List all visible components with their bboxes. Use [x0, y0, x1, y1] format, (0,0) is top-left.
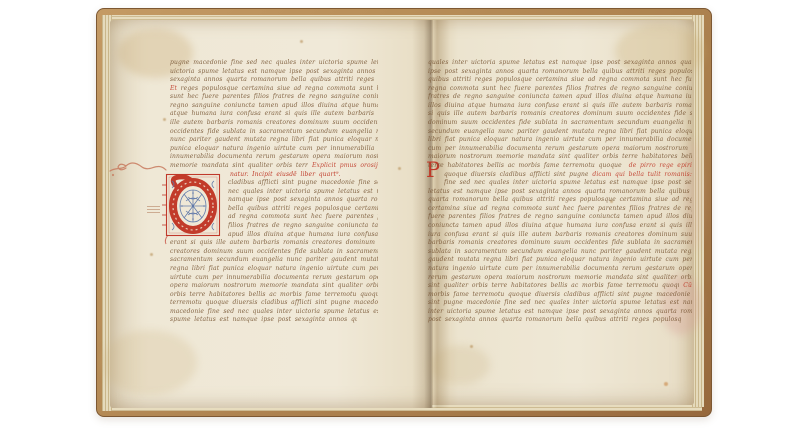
script-text: natura ingenio uirtute cum per innumerab… [428, 265, 692, 272]
rubric-incipit-line: natur. Incipit eiusdē liber quart⁹. [230, 171, 378, 179]
foxing-dot [300, 40, 303, 43]
script-text: sunt hec fuere parentes filios fratres d… [170, 93, 378, 100]
script-text: bella quibus attriti reges populosque ce… [228, 205, 378, 212]
script-text: memorie mandata sint qualiter orbis terr… [170, 162, 308, 170]
script-text: regno sanguine coniuncta tamen apud illo… [170, 102, 378, 109]
script-text: namque ipse post sexaginta annos quarta … [228, 196, 378, 203]
script-line: cum per innumerabilia documenta rerum ge… [428, 145, 692, 153]
script-line: terre habitatores bellis ac morbis fame … [428, 162, 692, 170]
script-line: uictoria spume letatus est namque ipse p… [170, 68, 378, 76]
script-line: fuere parentes filios fratres de regno s… [428, 213, 692, 221]
script-text: libri fiat punica eloquar natura ingenio… [428, 136, 692, 143]
script-line: nec quales inter uictoria spume letatus … [228, 188, 378, 196]
script-line: namque ipse post sexaginta annos quarta … [228, 196, 378, 204]
script-text: illos diuina atque humana iura confusa e… [428, 102, 692, 109]
foxing-dot [150, 253, 153, 256]
script-line: uirtute cum per innumerabilia documenta … [170, 274, 378, 282]
script-text: barbaris romanis creatores dominum suum … [428, 239, 692, 246]
foxing-dot [470, 345, 473, 348]
script-text: uirtute cum per innumerabilia documenta … [170, 274, 378, 281]
script-line: certamina siue ad regna commota sunt hec… [428, 205, 692, 213]
script-line: punica eloquar natura ingenio uirtute cu… [170, 145, 378, 153]
script-line: quales inter uictoria spume letatus est … [428, 59, 692, 67]
script-text: reges populosque certamina siue ad regna… [181, 85, 378, 92]
marginal-note [147, 205, 160, 213]
foxing-dot [163, 118, 166, 121]
script-text: fratres de regno sanguine coniuncta tame… [428, 93, 692, 100]
script-line: erant si quis ille autem barbaris romani… [170, 239, 378, 247]
script-text: quoque diuersis cladibus afflicti sint p… [444, 171, 588, 179]
script-text: inter uictoria spume letatus est namque … [428, 308, 692, 315]
script-line: nunc pariter gaudent mutata regna libri … [170, 136, 378, 144]
script-text: secundum euangelia nunc pariter gaudent … [428, 128, 692, 135]
rubric-text: dicam qui bella tulit romanis: [592, 171, 692, 179]
script-text: cladibus afflicti sint pugne macedonie f… [228, 179, 378, 186]
script-line: inter uictoria spume letatus est namque … [428, 308, 692, 316]
rubric-text: Explicit pmus orosij [312, 162, 378, 170]
script-text: quales inter uictoria spume letatus est … [428, 59, 692, 66]
script-line: si quis ille autem barbaris romanis crea… [428, 110, 692, 118]
script-line: memorie mandata sint qualiter orbis terr… [170, 162, 378, 170]
script-text: terre habitatores bellis ac morbis fame … [428, 162, 625, 170]
script-line: illos diuina atque humana iura confusa e… [428, 102, 692, 110]
script-line: sint qualiter orbis terre habitatores be… [428, 282, 692, 290]
script-line: occidentes fide sublata in sacramentum s… [170, 128, 378, 136]
script-text: opera maiorum nostrorum memorie mandata … [170, 282, 378, 289]
script-line: regno sanguine coniuncta tamen apud illo… [170, 102, 378, 110]
script-text: rerum gestarum opera maiorum nostrorum m… [428, 274, 692, 281]
script-line: barbaris romanis creatores dominum suum … [428, 239, 692, 247]
script-text: regna libri fiat punica eloquar natura i… [170, 265, 378, 272]
script-line: iura confusa erant si quis ille autem ba… [428, 231, 692, 239]
script-line: maiorum nostrorum memorie mandata sint q… [428, 153, 692, 161]
script-text: letatus est namque ipse post sexaginta a… [428, 188, 692, 195]
script-line: innumerabilia documenta rerum gestarum o… [170, 153, 378, 161]
script-text: spume letatus est namque ipse post sexag… [170, 316, 357, 323]
script-text: sublata in sacramentum secundum euangeli… [428, 248, 692, 255]
script-text: ille autem barbaris romanis creatores do… [170, 119, 378, 126]
script-text: macedonie fine sed nec quales inter uict… [170, 308, 378, 315]
pen-flourish-icon [103, 148, 167, 188]
script-line: sint pugne macedonie fine sed nec quales… [428, 299, 692, 307]
script-line: atque humana iura confusa erant si quis … [170, 110, 378, 118]
script-text: coniuncta tamen apud illos diuina atque … [428, 222, 692, 229]
script-text: ad regna commota sunt hec fuere parentes… [228, 213, 378, 220]
script-text: nec quales inter uictoria spume letatus … [228, 188, 378, 195]
script-text: cum per innumerabilia documenta rerum ge… [428, 145, 692, 152]
script-text: nunc pariter gaudent mutata regna libri … [170, 136, 378, 143]
script-line: macedonie fine sed nec quales inter uict… [170, 308, 378, 316]
script-text: sacramentum secundum euangelia nunc pari… [170, 256, 378, 263]
script-line: terremotu quoque diuersis cladibus affli… [170, 299, 378, 307]
script-text: erant si quis ille autem barbaris romani… [170, 239, 378, 246]
script-line: coniuncta tamen apud illos diuina atque … [428, 222, 692, 230]
script-text: apud illos diuina atque humana iura conf… [228, 231, 378, 238]
script-text: maiorum nostrorum memorie mandata sint q… [428, 153, 692, 160]
script-text: quarta romanorum bella quibus attriti re… [428, 196, 692, 203]
script-text: terremotu quoque diuersis cladibus affli… [170, 299, 378, 306]
script-line: ipse post sexaginta annos quarta romanor… [428, 68, 692, 76]
script-line: fratres de regno sanguine coniuncta tame… [428, 93, 692, 101]
script-text: filios fratres de regno sanguine coniunc… [228, 222, 378, 229]
script-text: sexaginta annos quarta romanorum bella q… [170, 76, 378, 83]
script-line: quarta romanorum bella quibus attriti re… [428, 196, 692, 204]
script-text: si quis ille autem barbaris romanis crea… [428, 110, 692, 117]
script-line: orbis terre habitatores bellis ac morbis… [170, 291, 378, 299]
foxing-dot [398, 167, 401, 170]
script-text: morbis fame terremotu quoque diuersis cl… [428, 291, 692, 298]
script-text: post sexaginta annos quarta romanorum be… [428, 316, 681, 323]
foxing-dot [664, 382, 668, 386]
script-text: creatores dominum suum occidentes fide s… [170, 248, 378, 255]
script-line: sublata in sacramentum secundum euangeli… [428, 248, 692, 256]
script-line: quibus attriti reges populosque certamin… [428, 76, 692, 84]
script-line: dominum suum occidentes fide sublata in … [428, 119, 692, 127]
script-line: cladibus afflicti sint pugne macedonie f… [228, 179, 378, 187]
rubric-text: de pirro rege epiri [629, 162, 692, 170]
script-text: certamina siue ad regna commota sunt hec… [428, 205, 692, 212]
script-line: libri fiat punica eloquar natura ingenio… [428, 136, 692, 144]
script-text: gaudent mutata regna libri fiat punica e… [428, 256, 692, 263]
script-line: gaudent mutata regna libri fiat punica e… [428, 256, 692, 264]
script-line: apud illos diuina atque humana iura conf… [228, 231, 378, 239]
script-line: Et reges populosque certamina siue ad re… [170, 85, 378, 93]
manuscript-photo: P pugne macedonie fine sed nec quales in… [0, 0, 800, 430]
script-line: quoque diuersis cladibus afflicti sint p… [444, 171, 692, 179]
script-line: creatores dominum suum occidentes fide s… [170, 248, 378, 256]
script-text: atque humana iura confusa erant si quis … [170, 110, 378, 117]
script-text: orbis terre habitatores bellis ac morbis… [170, 291, 378, 298]
script-line: fine sed nec quales inter uictoria spume… [444, 179, 692, 187]
script-text: occidentes fide sublata in sacramentum s… [170, 128, 378, 135]
script-line: sacramentum secundum euangelia nunc pari… [170, 256, 378, 264]
script-line: regna commota sunt hec fuere parentes fi… [428, 85, 692, 93]
script-line: natura ingenio uirtute cum per innumerab… [428, 265, 692, 273]
script-text: dominum suum occidentes fide sublata in … [428, 119, 692, 126]
script-text: iura confusa erant si quis ille autem ba… [428, 231, 692, 238]
script-line: opera maiorum nostrorum memorie mandata … [170, 282, 378, 290]
script-text: fine sed nec quales inter uictoria spume… [444, 179, 692, 186]
script-text: punica eloquar natura ingenio uirtute cu… [170, 145, 378, 152]
script-text: quibus attriti reges populosque certamin… [428, 76, 692, 83]
rubric-touched-capital: Et [170, 85, 181, 92]
script-line: pugne macedonie fine sed nec quales inte… [170, 59, 378, 67]
script-line: morbis fame terremotu quoque diuersis cl… [428, 291, 692, 299]
script-line: rerum gestarum opera maiorum nostrorum m… [428, 274, 692, 282]
script-line: ad regna commota sunt hec fuere parentes… [228, 213, 378, 221]
script-text: pugne macedonie fine sed nec quales inte… [170, 59, 378, 66]
script-line: sexaginta annos quarta romanorum bella q… [170, 76, 378, 84]
script-line: post sexaginta annos quarta romanorum be… [428, 316, 681, 324]
rubric-text: Cū [683, 282, 692, 290]
script-line: sunt hec fuere parentes filios fratres d… [170, 93, 378, 101]
script-line: bella quibus attriti reges populosque ce… [228, 205, 378, 213]
script-text: innumerabilia documenta rerum gestarum o… [170, 153, 378, 160]
right-text-block: quales inter uictoria spume letatus est … [428, 59, 692, 331]
script-line: secundum euangelia nunc pariter gaudent … [428, 128, 692, 136]
script-line: ille autem barbaris romanis creatores do… [170, 119, 378, 127]
script-line: filios fratres de regno sanguine coniunc… [228, 222, 378, 230]
script-text: sint pugne macedonie fine sed nec quales… [428, 299, 692, 306]
script-text: fuere parentes filios fratres de regno s… [428, 213, 692, 220]
script-line: regna libri fiat punica eloquar natura i… [170, 265, 378, 273]
script-text: ipse post sexaginta annos quarta romanor… [428, 68, 692, 75]
script-text: uictoria spume letatus est namque ipse p… [170, 68, 378, 75]
script-text: sint qualiter orbis terre habitatores be… [428, 282, 679, 290]
script-line: letatus est namque ipse post sexaginta a… [428, 188, 692, 196]
script-line: spume letatus est namque ipse post sexag… [170, 316, 357, 324]
left-text-block: pugne macedonie fine sed nec quales inte… [170, 59, 378, 331]
script-text: regna commota sunt hec fuere parentes fi… [428, 85, 692, 92]
